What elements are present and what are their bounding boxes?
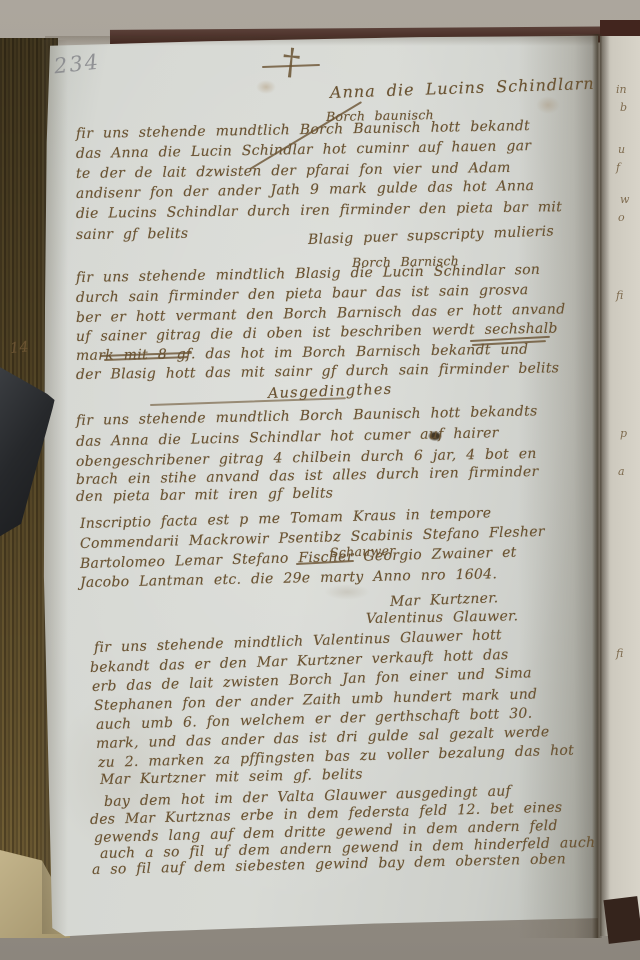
- edge-fragment: in: [616, 84, 627, 95]
- edge-fragment: fi: [616, 290, 623, 301]
- binding-gutter: [592, 34, 602, 938]
- edge-fragment: p: [620, 428, 627, 439]
- edge-fragment: a: [618, 466, 625, 477]
- margin-number: 14: [9, 340, 29, 358]
- edge-fragment: o: [618, 212, 625, 223]
- foxing-stain: [536, 96, 560, 114]
- edge-fragment: f: [616, 162, 620, 173]
- signature: Valentinus Glauwer.: [366, 609, 519, 627]
- edge-fragment: w: [620, 194, 629, 205]
- ink-smudge: [324, 584, 370, 600]
- pencil-page-number: 234: [53, 52, 101, 78]
- edge-fragment: b: [620, 102, 627, 113]
- interlinear-insertion: Schauwer: [330, 544, 396, 560]
- foxing-stain: [256, 80, 276, 94]
- edge-fragment: u: [618, 144, 625, 155]
- book-cover-bottom-corner: [603, 896, 640, 944]
- edge-fragment: fi: [616, 648, 623, 659]
- page-top-shading: [45, 36, 597, 46]
- manuscript-photo: in b u f w o fi p a fi 234 † Anna die Lu…: [0, 0, 640, 960]
- facing-page-edge: in b u f w o fi p a fi: [600, 36, 640, 936]
- text-line: sainr gf belits: [76, 227, 188, 244]
